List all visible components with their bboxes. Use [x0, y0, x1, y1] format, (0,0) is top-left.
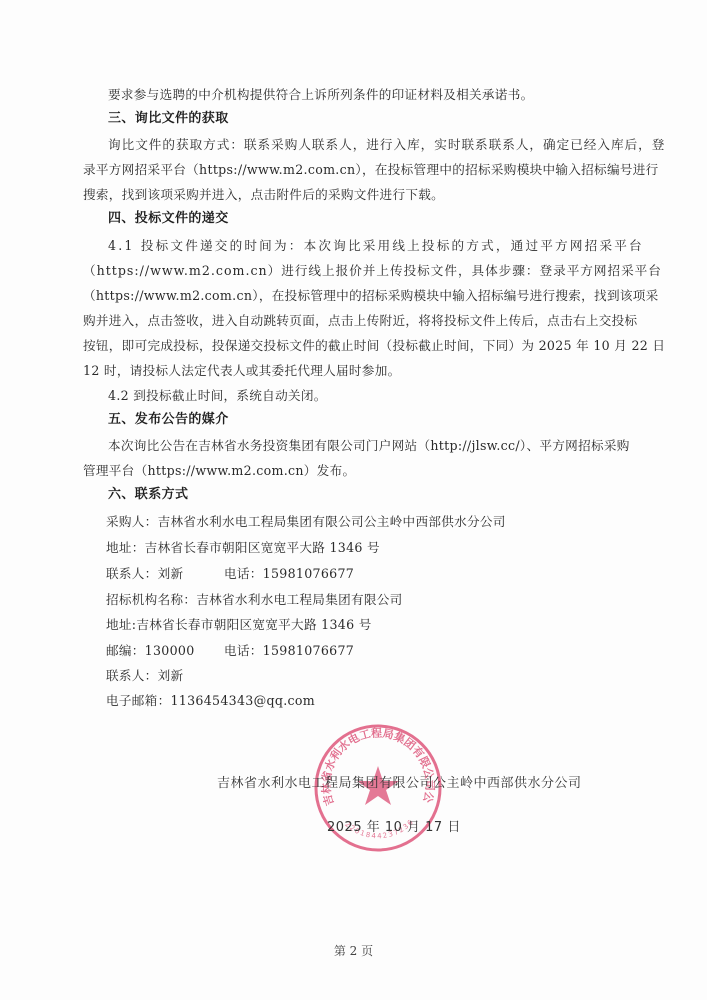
section-4-line-6: 12 时，请投标人法定代表人或其委托代理人届时参加。 [83, 363, 400, 379]
purchaser-name: 采购人：吉林省水利水电工程局集团有限公司公主岭中西部供水分公司 [106, 514, 506, 530]
section-heading-4: 四、投标文件的递交 [108, 211, 229, 227]
purchaser-phone: 电话：15981076677 [224, 566, 354, 582]
section-4-line-5: 按钮，即可完成投标，投保递交投标文件的截止时间（投标截止时间，下同）为 2025… [83, 338, 665, 354]
section-4-line-3: （https://www.m2.com.cn），在投标管理中的招标采购模块中输入… [83, 288, 659, 304]
section-5-line-2: 管理平台（https://www.m2.com.cn）发布。 [83, 463, 355, 479]
page-number: 第 2 页 [0, 942, 707, 959]
agency-phone: 电话：15981076677 [224, 643, 354, 659]
document-page: 要求参与选聘的中介机构提供符合上诉所列条件的印证材料及相关承诺书。 三、询比文件… [0, 0, 707, 1000]
purchaser-address: 地址：吉林省长春市朝阳区宽宽平大路 1346 号 [106, 540, 380, 556]
section-5-line-1: 本次询比公告在吉林省水务投资集团有限公司门户网站（http://jlsw.cc/… [108, 438, 630, 454]
signature-organization: 吉林省水利水电工程局集团有限公司公主岭中西部供水分公司 [217, 776, 582, 792]
section-4-line-2: （https://www.m2.com.cn）进行线上报价并上传投标文件，具体步… [83, 263, 662, 279]
section-4-line-1: 4.1 投标文件递交的时间为：本次询比采用线上投标的方式，通过平方网招采平台 [108, 238, 644, 254]
section-heading-3: 三、询比文件的获取 [108, 111, 229, 127]
purchaser-contact: 联系人：刘新 [106, 566, 183, 582]
section-3-line-1: 询比文件的获取方式：联系采购人联系人，进行入库，实时联系联系人，确定已经入库后，… [108, 137, 665, 153]
section-3-line-2: 录平方网招采平台（https://www.m2.com.cn），在投标管理中的招… [83, 162, 659, 178]
section-4-line-7: 4.2 到投标截止时间，系统自动关闭。 [108, 388, 327, 404]
section-4-line-4: 购并进入，点击签收，进入自动跳转页面，点击上传附近，将将投标文件上传后，点击右上… [83, 313, 637, 329]
section-heading-5: 五、发布公告的媒介 [108, 412, 229, 428]
agency-email: 电子邮箱：1136454343@qq.com [106, 693, 315, 709]
section-heading-6: 六、联系方式 [108, 487, 188, 503]
signature-date: 2025 年 10 月 17 日 [327, 820, 461, 836]
section-3-line-3: 搜索，找到该项采购并进入，点击附件后的采购文件进行下载。 [83, 187, 444, 203]
agency-name: 招标机构名称：吉林省水利水电工程局集团有限公司 [106, 592, 403, 608]
agency-contact: 联系人：刘新 [106, 668, 183, 684]
intro-line: 要求参与选聘的中介机构提供符合上诉所列条件的印证材料及相关承诺书。 [108, 87, 534, 103]
agency-postcode: 邮编：130000 [106, 643, 195, 659]
agency-address: 地址:吉林省长春市朝阳区宽宽平大路 1346 号 [106, 617, 372, 633]
